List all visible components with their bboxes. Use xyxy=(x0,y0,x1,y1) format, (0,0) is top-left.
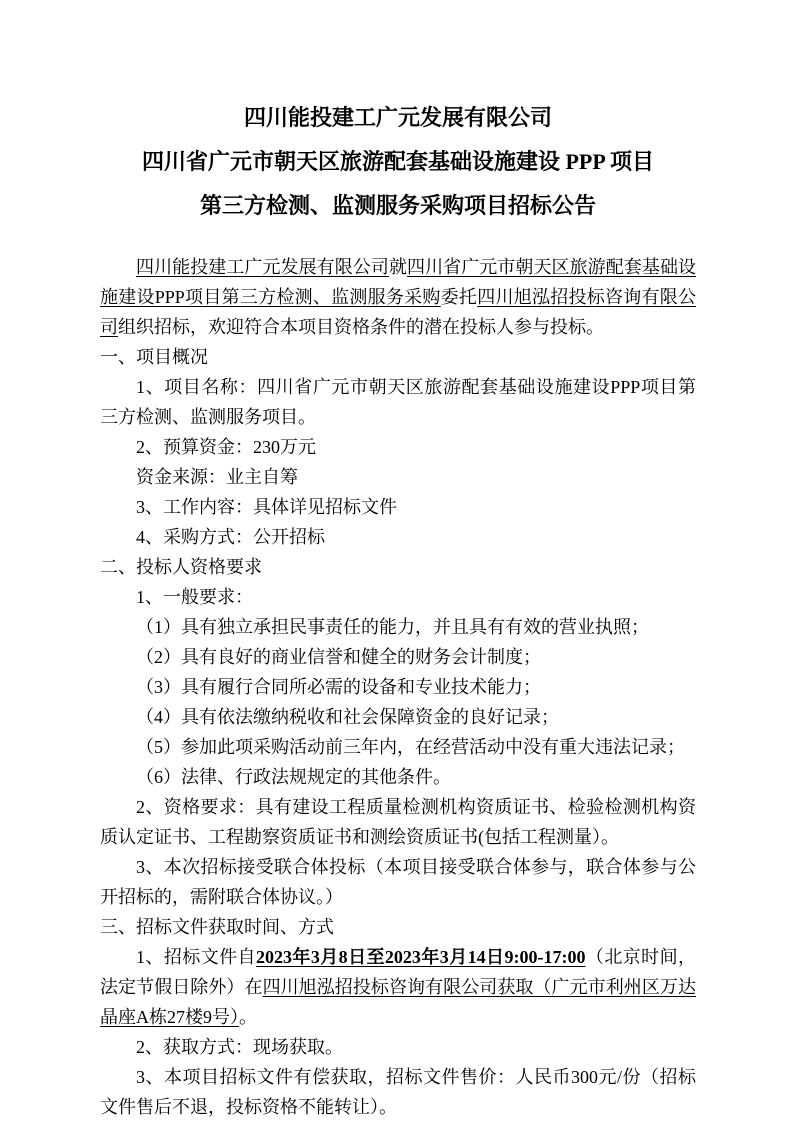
document-title: 四川能投建工广元发展有限公司 四川省广元市朝天区旅游配套基础设施建设 PPP 项… xyxy=(100,96,696,228)
text-run: 2、资格要求：具有建设工程质量检测机构资质证书、检验检测机构资质认定证书、工程勘… xyxy=(100,797,696,847)
text-run: 。 xyxy=(239,1007,257,1027)
section-heading: 三、招标文件获取时间、方式 xyxy=(100,912,696,942)
text-run: 1、一般要求： xyxy=(136,587,253,607)
paragraph: 2、资格要求：具有建设工程质量检测机构资质证书、检验检测机构资质认定证书、工程勘… xyxy=(100,792,696,852)
paragraph: 1、一般要求： xyxy=(100,582,696,612)
title-line-project: 四川省广元市朝天区旅游配套基础设施建设 PPP 项目 xyxy=(100,140,696,184)
text-run: 4、采购方式：公开招标 xyxy=(136,527,325,547)
paragraph: 3、工作内容：具体详见招标文件 xyxy=(100,492,696,522)
paragraph: （5）参加此项采购活动前三年内，在经营活动中没有重大违法记录； xyxy=(100,732,696,762)
text-run: （4）具有依法缴纳税收和社会保障资金的良好记录； xyxy=(136,707,559,727)
text-run: 组织招标，欢迎符合本项目资格条件的潜在投标人参与投标。 xyxy=(118,317,604,337)
text-run: （3）具有履行合同所必需的设备和专业技术能力； xyxy=(136,677,541,697)
paragraph: 四川能投建工广元发展有限公司就四川省广元市朝天区旅游配套基础设施建设PPP项目第… xyxy=(100,252,696,342)
paragraph: 3、本次招标接受联合体投标（本项目接受联合体参与，联合体参与公开招标的，需附联合… xyxy=(100,852,696,912)
paragraph: 2、预算资金：230万元 xyxy=(100,432,696,462)
text-run: 3、工作内容：具体详见招标文件 xyxy=(136,497,397,517)
text-run: （2）具有良好的商业信誉和健全的财务会计制度； xyxy=(136,647,541,667)
text-run: 就 xyxy=(389,257,407,277)
paragraph: 4、采购方式：公开招标 xyxy=(100,522,696,552)
paragraph: （2）具有良好的商业信誉和健全的财务会计制度； xyxy=(100,642,696,672)
paragraph: （3）具有履行合同所必需的设备和专业技术能力； xyxy=(100,672,696,702)
bold-underlined-text-run: 2023年3月8日至2023年3月14日9:00-17:00 xyxy=(256,947,586,967)
text-run: （6）法律、行政法规规定的其他条件。 xyxy=(136,767,451,787)
text-run: 资金来源：业主自筹 xyxy=(136,467,298,487)
text-run: 二、投标人资格要求 xyxy=(100,557,262,577)
paragraph: 2、获取方式：现场获取。 xyxy=(100,1032,696,1062)
text-run: 2、获取方式：现场获取。 xyxy=(136,1037,343,1057)
document-page: 四川能投建工广元发展有限公司 四川省广元市朝天区旅游配套基础设施建设 PPP 项… xyxy=(0,0,794,1123)
paragraph: （4）具有依法缴纳税收和社会保障资金的良好记录； xyxy=(100,702,696,732)
text-run: 委托 xyxy=(441,287,478,307)
paragraph: 资金来源：业主自筹 xyxy=(100,462,696,492)
text-run: 3、本次招标接受联合体投标（本项目接受联合体参与，联合体参与公开招标的，需附联合… xyxy=(100,857,696,907)
text-run: 一、项目概况 xyxy=(100,347,208,367)
section-heading: 二、投标人资格要求 xyxy=(100,552,696,582)
text-run: （1）具有独立承担民事责任的能力，并且具有有效的营业执照； xyxy=(136,617,649,637)
text-run: 1、项目名称：四川省广元市朝天区旅游配套基础设施建设PPP项目第三方检测、监测服… xyxy=(100,377,696,427)
paragraph: （6）法律、行政法规规定的其他条件。 xyxy=(100,762,696,792)
paragraph: 1、项目名称：四川省广元市朝天区旅游配套基础设施建设PPP项目第三方检测、监测服… xyxy=(100,372,696,432)
text-run: （5）参加此项采购活动前三年内，在经营活动中没有重大违法记录； xyxy=(136,737,685,757)
paragraph: 3、本项目招标文件有偿获取，招标文件售价：人民币300元/份（招标文件售后不退，… xyxy=(100,1062,696,1122)
title-line-announcement: 第三方检测、监测服务采购项目招标公告 xyxy=(100,184,696,228)
underlined-text-run: 四川能投建工广元发展有限公司 xyxy=(136,257,389,277)
title-line-company: 四川能投建工广元发展有限公司 xyxy=(100,96,696,140)
text-run: 2、预算资金：230万元 xyxy=(136,437,316,457)
section-heading: 一、项目概况 xyxy=(100,342,696,372)
text-run: 1、招标文件自 xyxy=(136,947,256,967)
paragraph: 1、招标文件自2023年3月8日至2023年3月14日9:00-17:00（北京… xyxy=(100,942,696,1032)
paragraph: （1）具有独立承担民事责任的能力，并且具有有效的营业执照； xyxy=(100,612,696,642)
text-run: 三、招标文件获取时间、方式 xyxy=(100,917,334,937)
text-run: 3、本项目招标文件有偿获取，招标文件售价：人民币300元/份（招标文件售后不退，… xyxy=(100,1067,696,1117)
document-body: 四川能投建工广元发展有限公司就四川省广元市朝天区旅游配套基础设施建设PPP项目第… xyxy=(100,252,696,1122)
